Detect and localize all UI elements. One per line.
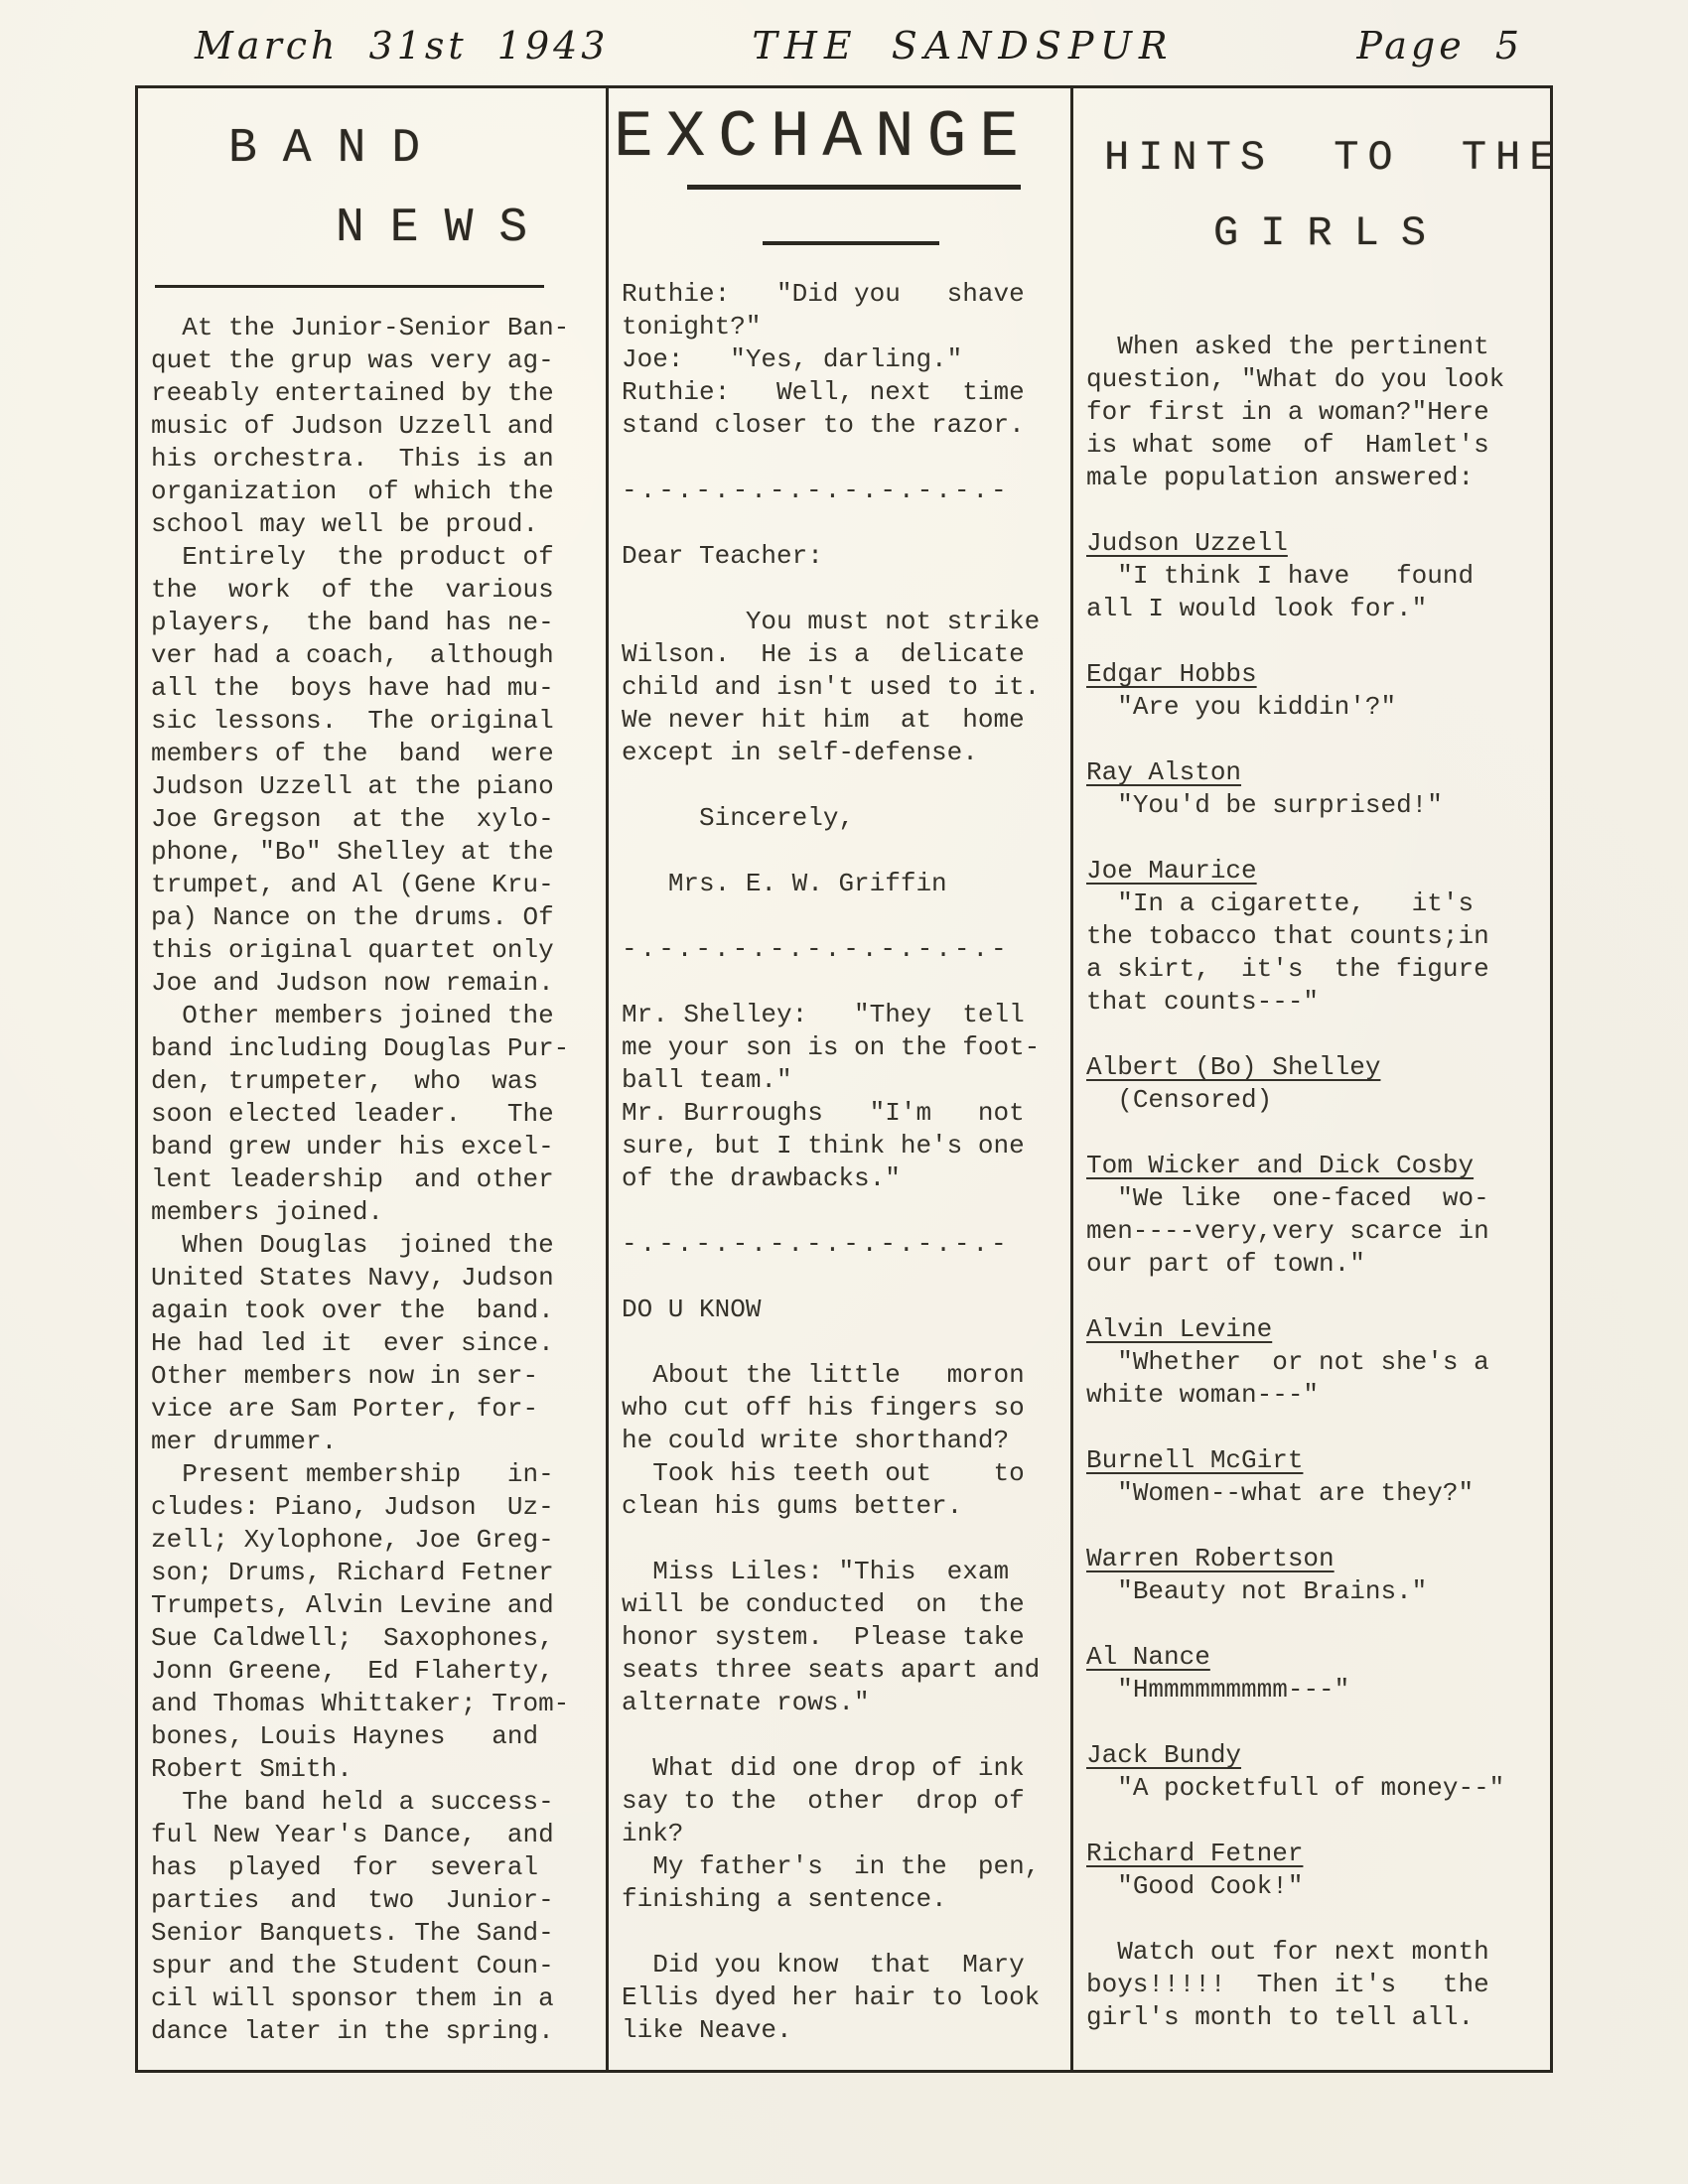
band-news-paragraph: When Douglas joined the United States Na… bbox=[151, 1229, 593, 1458]
hints-entry-name: Warren Robertson bbox=[1086, 1543, 1335, 1575]
hints-intro: When asked the pertinent question, "What… bbox=[1086, 331, 1537, 494]
exchange-joke-football: Mr. Shelley: "They tell me your son is o… bbox=[622, 999, 1057, 1195]
section-divider: -.-.-.-.-.-.-.-.-.-.- bbox=[622, 933, 1057, 966]
page-number: Page 5 bbox=[1356, 24, 1523, 68]
band-news-paragraph: Entirely the product of the work of the … bbox=[151, 541, 593, 1000]
hints-entry-name: Tom Wicker and Dick Cosby bbox=[1086, 1150, 1474, 1182]
hints-entry-name: Ray Alston bbox=[1086, 756, 1241, 789]
mary-ellis-item: Did you know that Mary Ellis dyed her ha… bbox=[622, 1949, 1057, 2047]
hints-entry-quote: "Beauty not Brains." bbox=[1086, 1575, 1537, 1608]
hints-entry: Jack Bundy "A pocketfull of money--" bbox=[1086, 1739, 1537, 1805]
hints-entry-quote: "Women--what are they?" bbox=[1086, 1477, 1537, 1510]
band-news-paragraph: Other members joined the band including … bbox=[151, 1000, 593, 1229]
hints-entry-quote: "We like one-faced wo- men----very,very … bbox=[1086, 1182, 1537, 1281]
hints-entry-name: Judson Uzzell bbox=[1086, 527, 1288, 560]
column-exchange: EXCHANGE Ruthie: "Did you shave tonight?… bbox=[609, 88, 1073, 2070]
column-band-news: BAND NEWS At the Junior-Senior Ban- quet… bbox=[138, 88, 609, 2070]
page-header: March 31st 1943 THE SANDSPUR Page 5 bbox=[135, 24, 1553, 68]
hints-entry-name: Richard Fetner bbox=[1086, 1838, 1303, 1870]
hints-entry: Warren Robertson "Beauty not Brains." bbox=[1086, 1543, 1537, 1608]
hints-entry-name: Edgar Hobbs bbox=[1086, 658, 1257, 691]
letter-signature: Mrs. E. W. Griffin bbox=[622, 868, 1057, 900]
band-news-title-line1: BAND bbox=[228, 122, 593, 176]
hints-title-line1: HINTS TO THE bbox=[1104, 134, 1537, 182]
band-news-paragraph: Present membership in- cludes: Piano, Ju… bbox=[151, 1458, 593, 1786]
column-hints: HINTS TO THE GIRLS When asked the pertin… bbox=[1073, 88, 1550, 2070]
band-news-paragraph: The band held a success- ful New Year's … bbox=[151, 1786, 593, 2048]
hints-entry-quote: "I think I have found all I would look f… bbox=[1086, 560, 1537, 625]
issue-date: March 31st 1943 bbox=[195, 24, 609, 68]
hints-entry-quote: "A pocketfull of money--" bbox=[1086, 1772, 1537, 1805]
hints-entry-name: Al Nance bbox=[1086, 1641, 1210, 1674]
hints-entry-name: Burnell McGirt bbox=[1086, 1444, 1303, 1477]
section-divider: -.-.-.-.-.-.-.-.-.-.- bbox=[622, 475, 1057, 507]
hints-entry: Albert (Bo) Shelley (Censored) bbox=[1086, 1051, 1537, 1117]
hints-entry-quote: "Hmmmmmmmmm---" bbox=[1086, 1674, 1537, 1706]
do-u-know-moron-item: About the little moron who cut off his f… bbox=[622, 1359, 1057, 1523]
exchange-title: EXCHANGE bbox=[614, 100, 1057, 175]
do-u-know-heading: DO U KNOW bbox=[622, 1294, 1057, 1326]
hints-entry: Tom Wicker and Dick Cosby "We like one-f… bbox=[1086, 1150, 1537, 1281]
ink-drop-item: What did one drop of ink say to the othe… bbox=[622, 1752, 1057, 1916]
hints-entry: Judson Uzzell "I think I have found all … bbox=[1086, 527, 1537, 625]
newspaper-title: THE SANDSPUR bbox=[752, 24, 1174, 68]
band-news-paragraph: At the Junior-Senior Ban- quet the grup … bbox=[151, 312, 593, 541]
hints-entry-name: Jack Bundy bbox=[1086, 1739, 1241, 1772]
hints-entry: Joe Maurice "In a cigarette, it's the to… bbox=[1086, 855, 1537, 1019]
exchange-title-rule bbox=[687, 185, 1021, 190]
hints-entry-name: Albert (Bo) Shelley bbox=[1086, 1051, 1380, 1084]
hints-closing: Watch out for next month boys!!!!! Then … bbox=[1086, 1936, 1537, 2034]
section-divider: -.-.-.-.-.-.-.-.-.-.- bbox=[622, 1228, 1057, 1261]
hints-entry: Ray Alston "You'd be surprised!" bbox=[1086, 756, 1537, 822]
hints-entry-quote: "In a cigarette, it's the tobacco that c… bbox=[1086, 887, 1537, 1019]
band-news-title-line2: NEWS bbox=[336, 202, 593, 255]
hints-entry: Alvin Levine "Whether or not she's a whi… bbox=[1086, 1313, 1537, 1412]
band-news-title-rule bbox=[155, 285, 544, 288]
hints-title-line2: GIRLS bbox=[1213, 209, 1537, 257]
letter-salutation: Dear Teacher: bbox=[622, 540, 1057, 573]
miss-liles-item: Miss Liles: "This exam will be conducted… bbox=[622, 1556, 1057, 1719]
page-body: BAND NEWS At the Junior-Senior Ban- quet… bbox=[135, 85, 1553, 2073]
hints-entry: Edgar Hobbs "Are you kiddin'?" bbox=[1086, 658, 1537, 724]
hints-entry-quote: "Whether or not she's a white woman---" bbox=[1086, 1346, 1537, 1412]
letter-sincerely: Sincerely, bbox=[622, 802, 1057, 835]
exchange-title-rule-short bbox=[763, 241, 939, 245]
hints-entry: Burnell McGirt "Women--what are they?" bbox=[1086, 1444, 1537, 1510]
letter-body: You must not strike Wilson. He is a deli… bbox=[622, 606, 1057, 769]
hints-entry-name: Joe Maurice bbox=[1086, 855, 1257, 887]
hints-entry-name: Alvin Levine bbox=[1086, 1313, 1272, 1346]
hints-entry-quote: "Good Cook!" bbox=[1086, 1870, 1537, 1903]
hints-entry-quote: (Censored) bbox=[1086, 1084, 1537, 1117]
hints-entry-quote: "You'd be surprised!" bbox=[1086, 789, 1537, 822]
hints-entry: Richard Fetner "Good Cook!" bbox=[1086, 1838, 1537, 1903]
exchange-joke-razor: Ruthie: "Did you shave tonight?" Joe: "Y… bbox=[622, 278, 1057, 442]
hints-entry: Al Nance "Hmmmmmmmmm---" bbox=[1086, 1641, 1537, 1706]
hints-entry-quote: "Are you kiddin'?" bbox=[1086, 691, 1537, 724]
